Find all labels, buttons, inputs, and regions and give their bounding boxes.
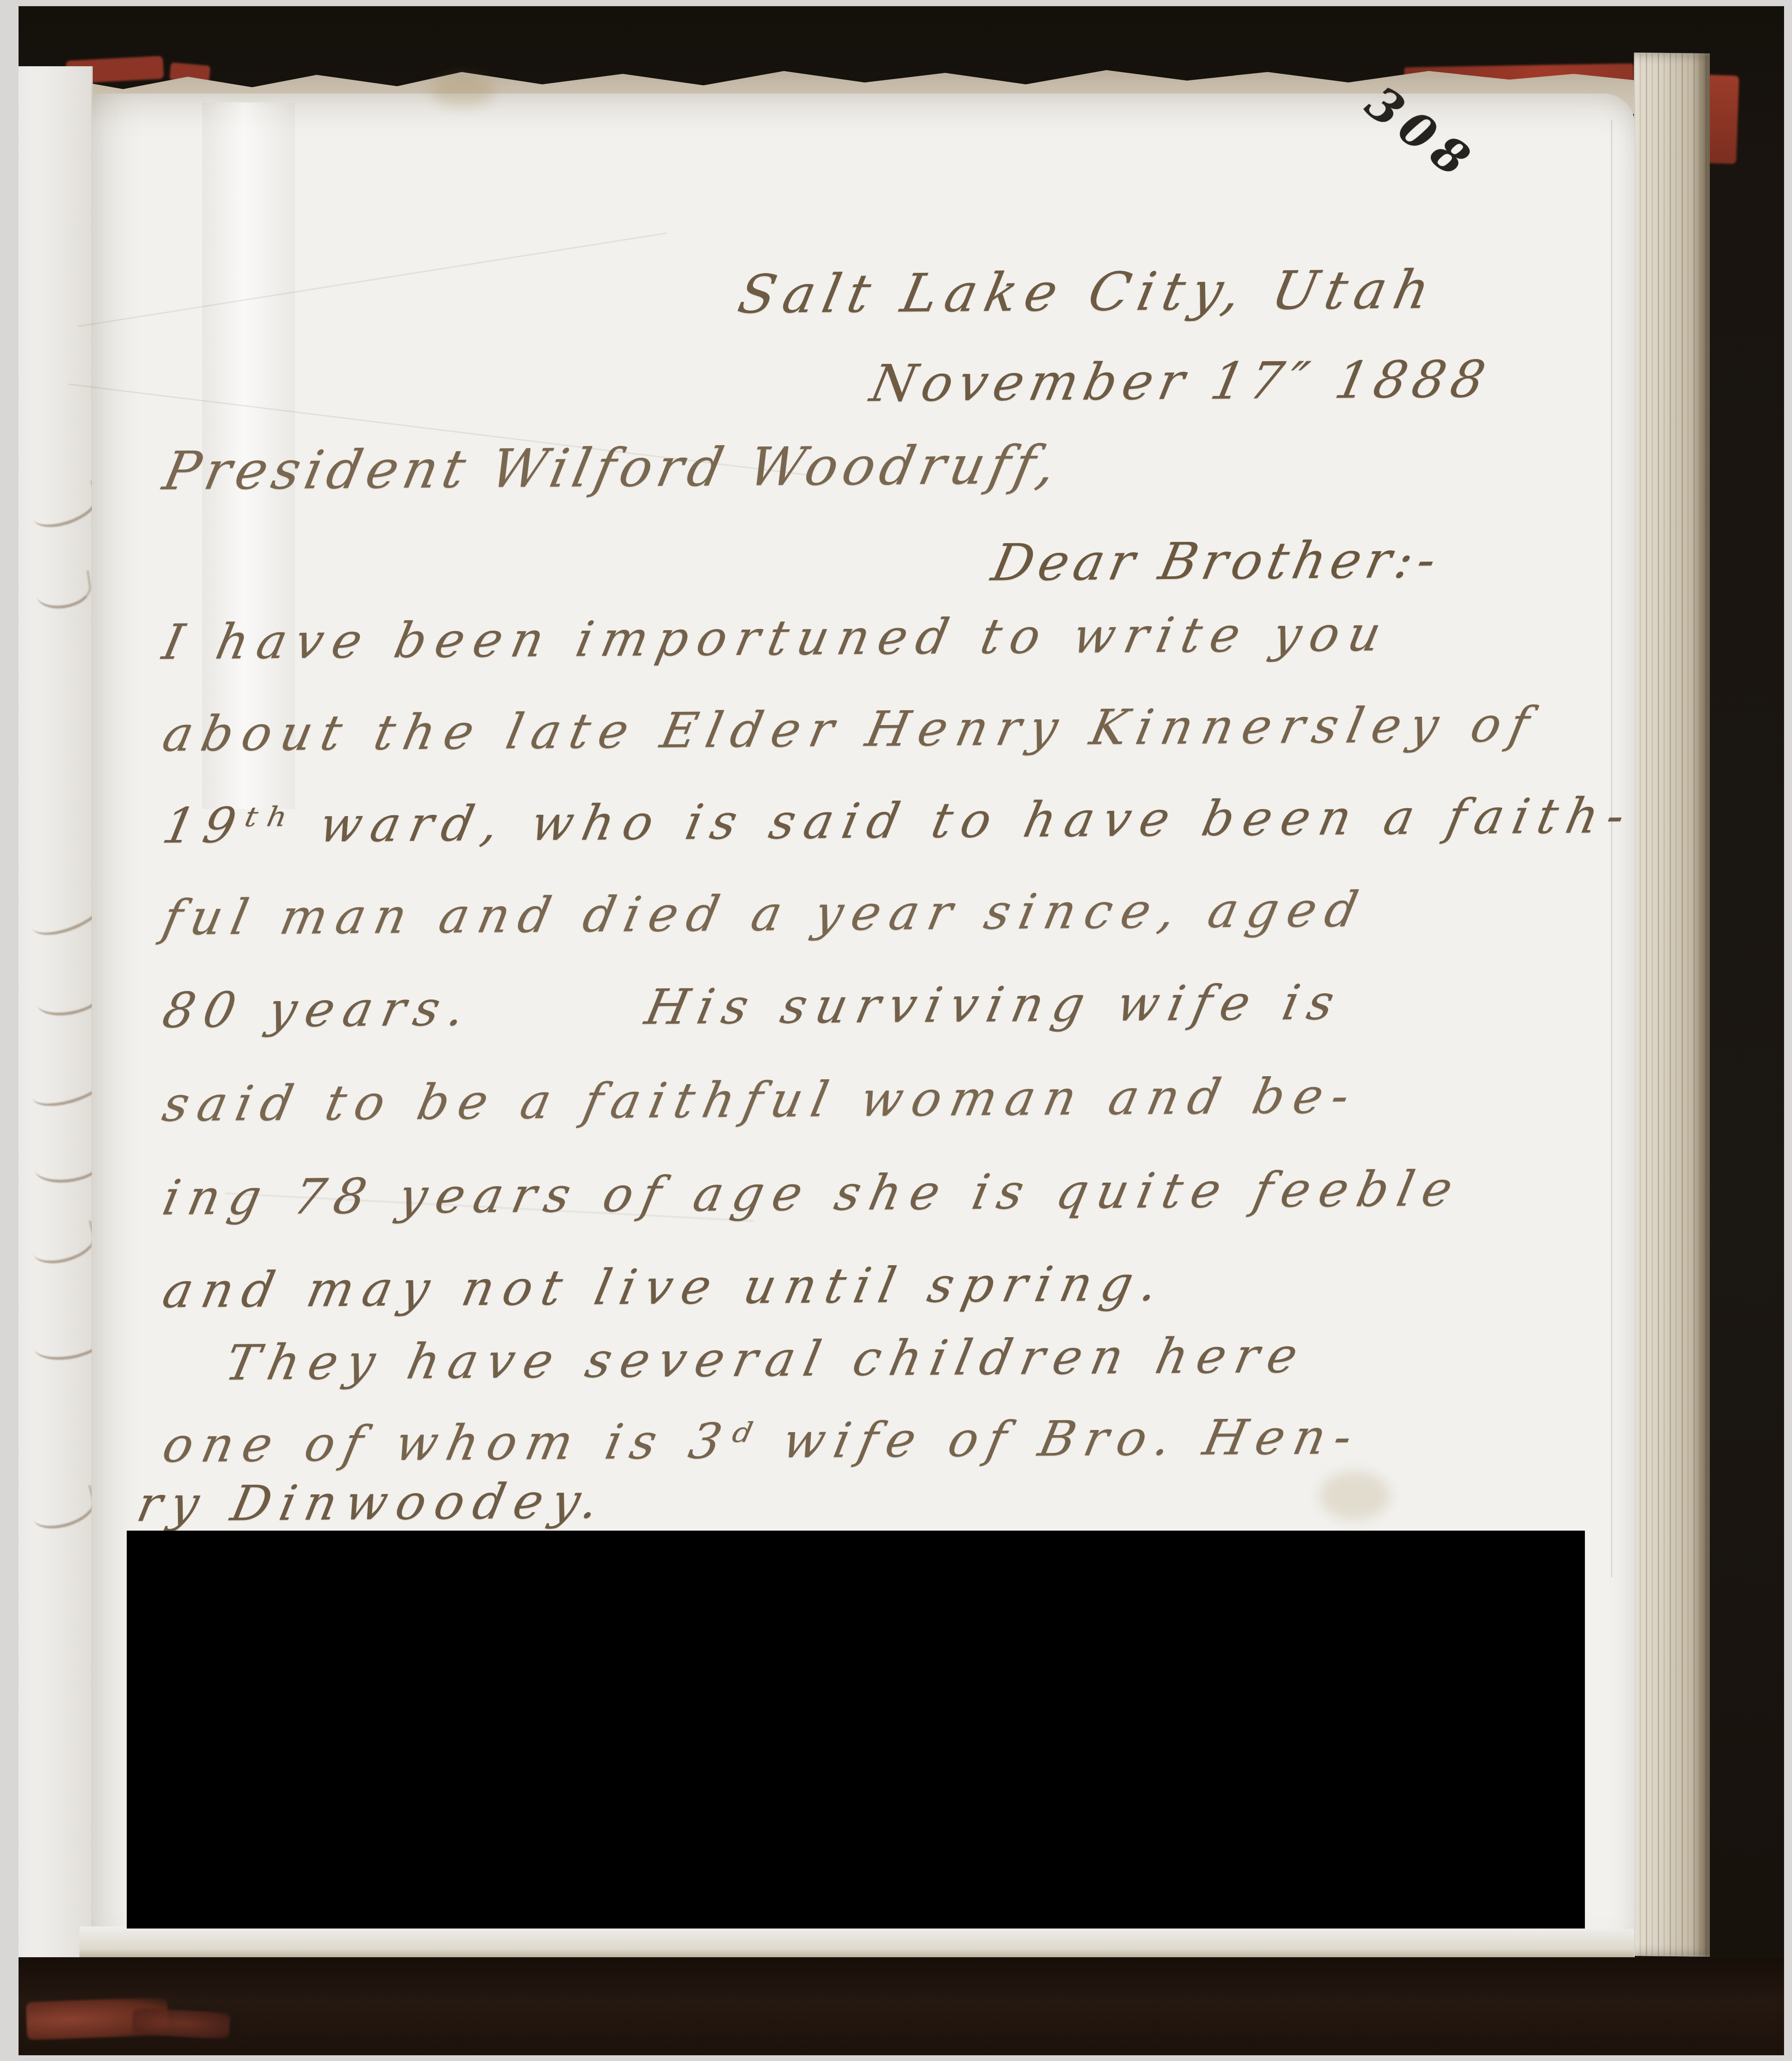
letter-line: about the late Elder Henry Kinnersley of bbox=[158, 696, 1543, 762]
letter-date-line: November 17″ 1888 bbox=[866, 350, 1496, 413]
redaction-box bbox=[127, 1531, 1585, 1929]
letter-line: They have several children here bbox=[221, 1327, 1312, 1391]
letter-line: I have been importuned to write you bbox=[158, 605, 1395, 670]
scanned-letter-page: 308 Salt Lake City, Utah November 17″ 18… bbox=[0, 0, 1792, 2061]
paper-crease bbox=[78, 232, 667, 327]
paper-stain bbox=[432, 76, 494, 107]
page-bottom-edge bbox=[79, 1926, 1634, 1959]
letter-line: and may not live until spring. bbox=[158, 1255, 1172, 1319]
facing-page-edge bbox=[19, 66, 93, 1978]
ink-bleed-fragment bbox=[29, 1485, 99, 1535]
ink-bleed-fragment bbox=[29, 1221, 99, 1269]
book-cover-bottom bbox=[19, 1957, 1784, 2055]
letter-line: ing 78 years of age she is quite feeble bbox=[158, 1161, 1467, 1226]
letter-line: ful man and died a year since, aged bbox=[158, 881, 1372, 946]
under-page-edge-line bbox=[1611, 120, 1612, 1577]
paper-stain bbox=[1319, 1471, 1390, 1520]
page-stack-fore-edge bbox=[1634, 53, 1710, 1957]
worn-red-leather bbox=[132, 2008, 231, 2039]
letter-place-line: Salt Lake City, Utah bbox=[733, 259, 1443, 325]
letter-line: said to be a faithful woman and be- bbox=[158, 1067, 1364, 1132]
letter-line: one of whom is 3ᵈ wife of Bro. Hen- bbox=[158, 1408, 1366, 1473]
letter-line: ry Dinwoodey. bbox=[132, 1473, 613, 1532]
letter-recipient: President Wilford Woodruff, bbox=[158, 435, 1066, 502]
letter-line: 80 years. His surviving wife is bbox=[158, 974, 1348, 1039]
letter-salutation: Dear Brother:- bbox=[987, 530, 1446, 593]
ink-bleed-fragment bbox=[34, 571, 93, 612]
letter-line: 19ᵗʰ ward, who is said to have been a fa… bbox=[158, 787, 1639, 854]
